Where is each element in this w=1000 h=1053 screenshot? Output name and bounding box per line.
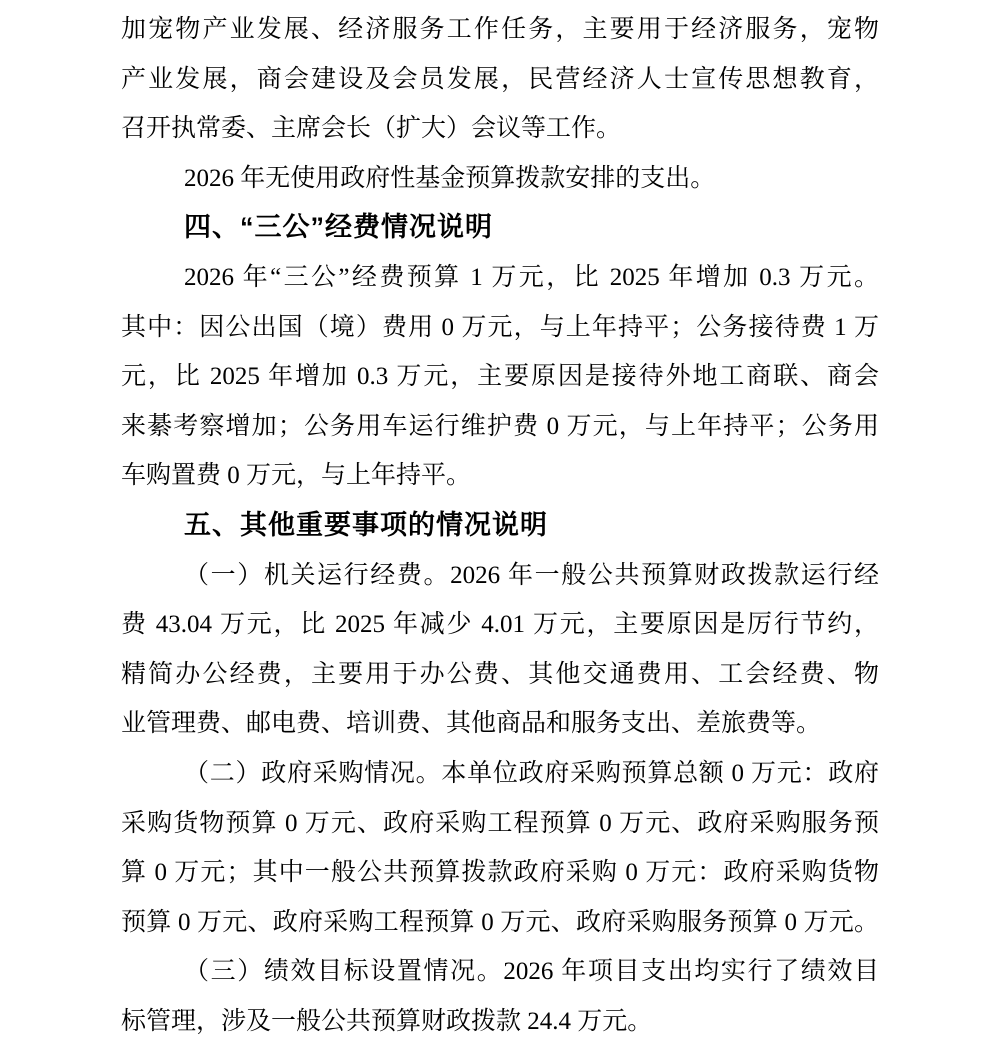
body-text-line: 车购置费 0 万元，与上年持平。 (121, 451, 879, 501)
body-text-line: 算 0 万元；其中一般公共预算拨款政府采购 0 万元：政府采购货物 (121, 848, 879, 898)
section-heading-four: 四、“三公”经费情况说明 (121, 203, 879, 253)
section-heading-five: 五、其他重要事项的情况说明 (121, 501, 879, 551)
body-text-line: 元，比 2025 年增加 0.3 万元，主要原因是接待外地工商联、商会 (121, 352, 879, 402)
body-text-line: 来綦考察增加；公务用车运行维护费 0 万元，与上年持平；公务用 (121, 402, 879, 452)
body-text-line: 2026 年无使用政府性基金预算拨款安排的支出。 (121, 154, 879, 204)
document-page: 加宠物产业发展、经济服务工作任务，主要用于经济服务，宠物 产业发展，商会建设及会… (121, 0, 879, 1046)
body-text-line: 召开执常委、主席会长（扩大）会议等工作。 (121, 104, 879, 154)
body-text-line: 其中：因公出国（境）费用 0 万元，与上年持平；公务接待费 1 万 (121, 303, 879, 353)
body-text-line: 2026 年“三公”经费预算 1 万元，比 2025 年增加 0.3 万元。 (121, 253, 879, 303)
body-text-line: 精简办公经费，主要用于办公费、其他交通费用、工会经费、物 (121, 650, 879, 700)
body-text-line: 业管理费、邮电费、培训费、其他商品和服务支出、差旅费等。 (121, 699, 879, 749)
body-text-line: （一）机关运行经费。2026 年一般公共预算财政拨款运行经 (121, 551, 879, 601)
body-text-line: （三）绩效目标设置情况。2026 年项目支出均实行了绩效目 (121, 947, 879, 997)
body-text-line: 加宠物产业发展、经济服务工作任务，主要用于经济服务，宠物 (121, 5, 879, 55)
body-text-line: 采购货物预算 0 万元、政府采购工程预算 0 万元、政府采购服务预 (121, 799, 879, 849)
body-text-line: 产业发展，商会建设及会员发展，民营经济人士宣传思想教育， (121, 55, 879, 105)
body-text-line: 标管理，涉及一般公共预算财政拨款 24.4 万元。 (121, 997, 879, 1047)
body-text-line: 预算 0 万元、政府采购工程预算 0 万元、政府采购服务预算 0 万元。 (121, 898, 879, 948)
body-text-line: 费 43.04 万元，比 2025 年减少 4.01 万元，主要原因是厉行节约， (121, 600, 879, 650)
body-text-line: （二）政府采购情况。本单位政府采购预算总额 0 万元：政府 (121, 749, 879, 799)
